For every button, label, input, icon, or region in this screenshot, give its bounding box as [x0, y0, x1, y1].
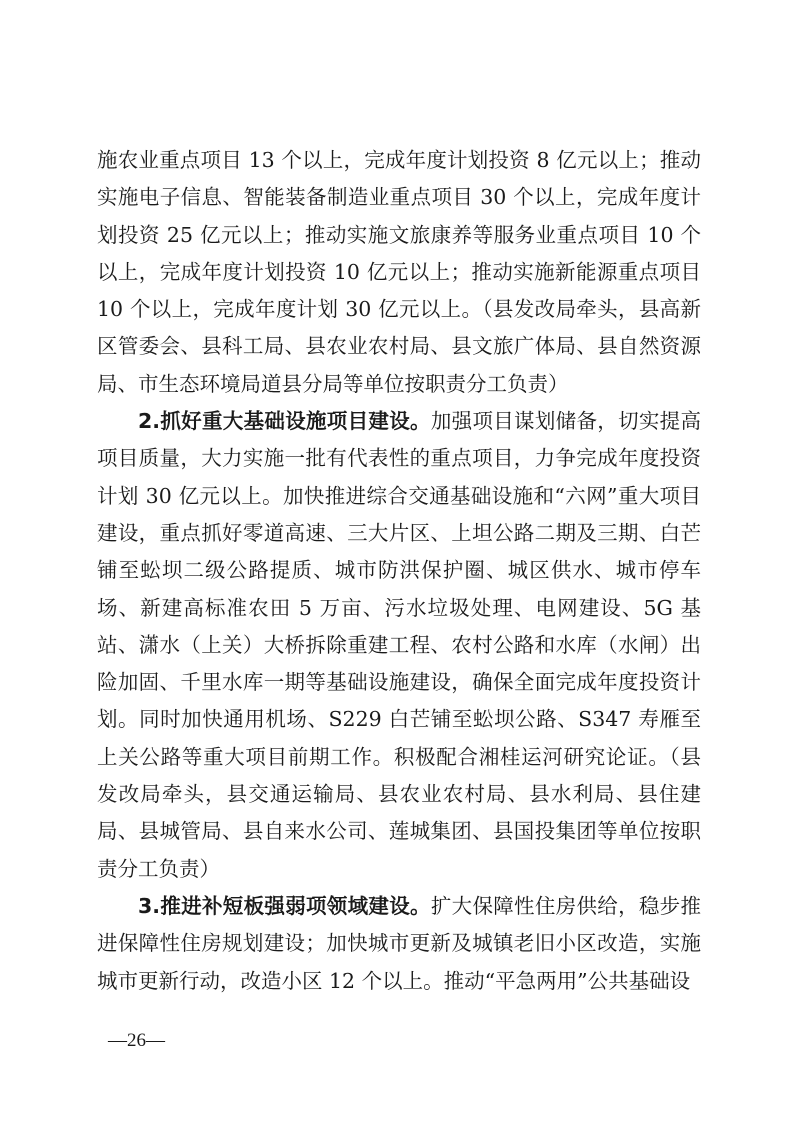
paragraph-weak-areas: 3.推进补短板强弱项领域建设。扩大保障性住房供给，稳步推进保障性住房规划建设；加…	[97, 888, 701, 1000]
document-body: 施农业重点项目 13 个以上，完成年度计划投资 8 亿元以上；推动实施电子信息、…	[97, 142, 701, 1000]
section-heading: 3.推进补短板强弱项领域建设。	[138, 894, 431, 918]
paragraph-infrastructure: 2.抓好重大基础设施项目建设。加强项目谋划储备，切实提高项目质量，大力实施一批有…	[97, 403, 701, 888]
section-heading: 2.抓好重大基础设施项目建设。	[138, 409, 431, 433]
paragraph-text: 施农业重点项目 13 个以上，完成年度计划投资 8 亿元以上；推动实施电子信息、…	[97, 148, 701, 396]
page-number: —26—	[108, 1030, 165, 1052]
paragraph-continued: 施农业重点项目 13 个以上，完成年度计划投资 8 亿元以上；推动实施电子信息、…	[97, 142, 701, 403]
paragraph-text: 加强项目谋划储备，切实提高项目质量，大力实施一批有代表性的重点项目，力争完成年度…	[97, 409, 701, 881]
